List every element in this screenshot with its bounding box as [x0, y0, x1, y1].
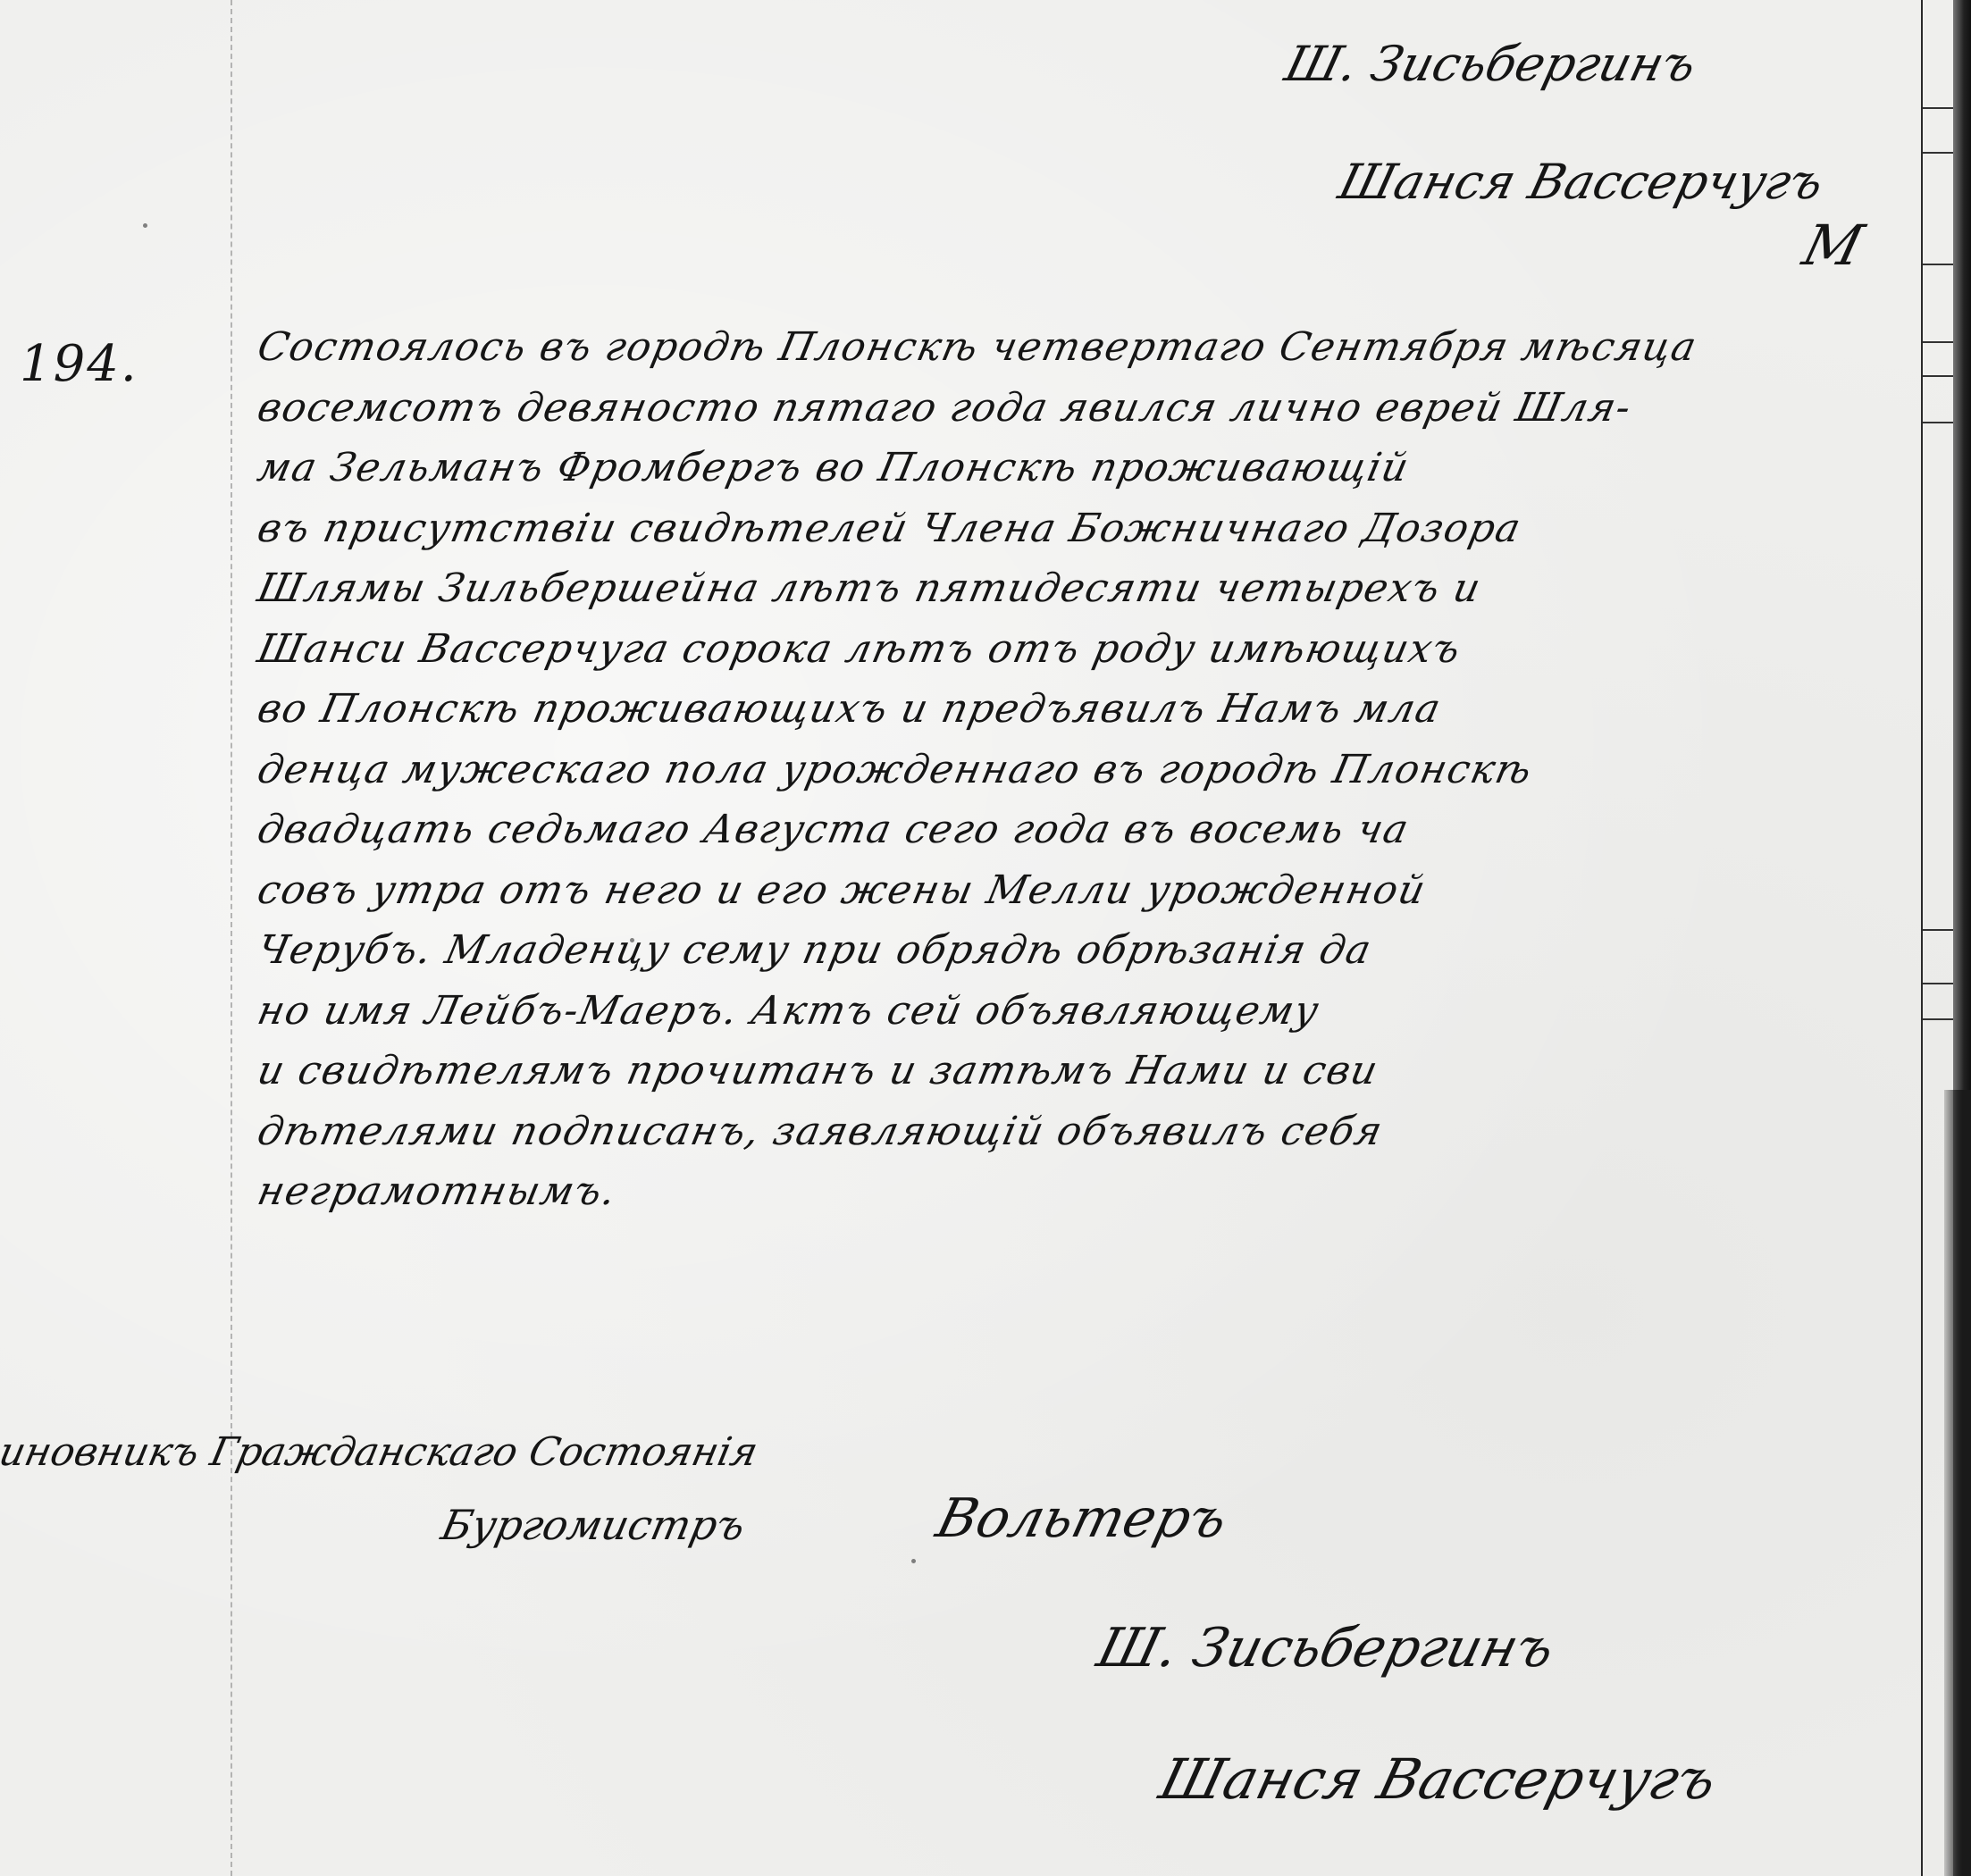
record-number: 194. — [20, 335, 138, 393]
body-line: восемсотъ девяносто пятаго года явился л… — [252, 378, 1926, 439]
margin-tick — [1923, 264, 1953, 265]
margin-tick — [1923, 152, 1953, 154]
ink-speck — [143, 223, 147, 228]
body-line: Шанси Вассерчуга сорока лѣтъ отъ роду им… — [252, 619, 1926, 680]
body-line: Шлямы Зильбершейна лѣтъ пятидесяти четыр… — [252, 558, 1926, 619]
body-line: и свидѣтелямъ прочитанъ и затѣмъ Нами и … — [252, 1041, 1926, 1101]
margin-tick — [1923, 929, 1953, 931]
left-margin-rule — [231, 0, 232, 1876]
margin-tick — [1923, 375, 1953, 377]
top-witness-signature: Ш. Зисьбергинъ — [1279, 36, 1702, 92]
ink-speck — [911, 1559, 916, 1563]
margin-tick — [1923, 983, 1953, 984]
official-title-line: иновникъ Гражданскаго Состоянія — [0, 1429, 762, 1475]
body-line: Состоялось въ городѣ Плонскѣ четвертаго … — [252, 317, 1926, 378]
scanned-document-page: Ш. Зисьбергинъ Шанся Вассерчугъ М 194. С… — [0, 0, 1971, 1876]
bottom-witness-signature: Ш. Зисьбергинъ — [1091, 1617, 1560, 1679]
record-body: Состоялось въ городѣ Плонскѣ четвертаго … — [252, 317, 1914, 1222]
margin-tick — [1923, 422, 1953, 423]
margin-tick — [1923, 1018, 1953, 1020]
body-line: неграмотнымъ. — [252, 1161, 1926, 1222]
body-line: ма Зельманъ Фромбергъ во Плонскѣ прожива… — [252, 438, 1926, 498]
body-line: въ присутствіи свидѣтелей Члена Божнична… — [252, 498, 1926, 559]
binding-edge-shadow-lower — [1944, 1090, 1971, 1876]
bottom-declarant-signature: Шанся Вассерчугъ — [1153, 1746, 1724, 1812]
body-line: во Плонскѣ проживающихъ и предъявилъ Нам… — [252, 679, 1926, 740]
body-line: дѣтелями подписанъ, заявляющій объявилъ … — [252, 1101, 1926, 1162]
top-mark: М — [1797, 213, 1870, 278]
body-line: Черубъ. Младенцу сему при обрядѣ обрѣзан… — [252, 920, 1926, 981]
top-declarant-signature: Шанся Вассерчугъ — [1333, 154, 1829, 210]
body-line: денца мужескаго пола урожденнаго въ горо… — [252, 740, 1926, 800]
body-line: совъ утра отъ него и его жены Мелли урож… — [252, 860, 1926, 921]
margin-tick — [1923, 107, 1953, 109]
body-line: двадцать седьмаго Августа сего года въ в… — [252, 800, 1926, 860]
ink-speck — [630, 938, 634, 942]
body-line: но имя Лейбъ-Маеръ. Актъ сей объявляющем… — [252, 981, 1926, 1042]
official-position: Бургомистръ — [437, 1501, 750, 1549]
margin-tick — [1923, 341, 1953, 343]
mayor-signature: Вольтеръ — [930, 1487, 1233, 1550]
